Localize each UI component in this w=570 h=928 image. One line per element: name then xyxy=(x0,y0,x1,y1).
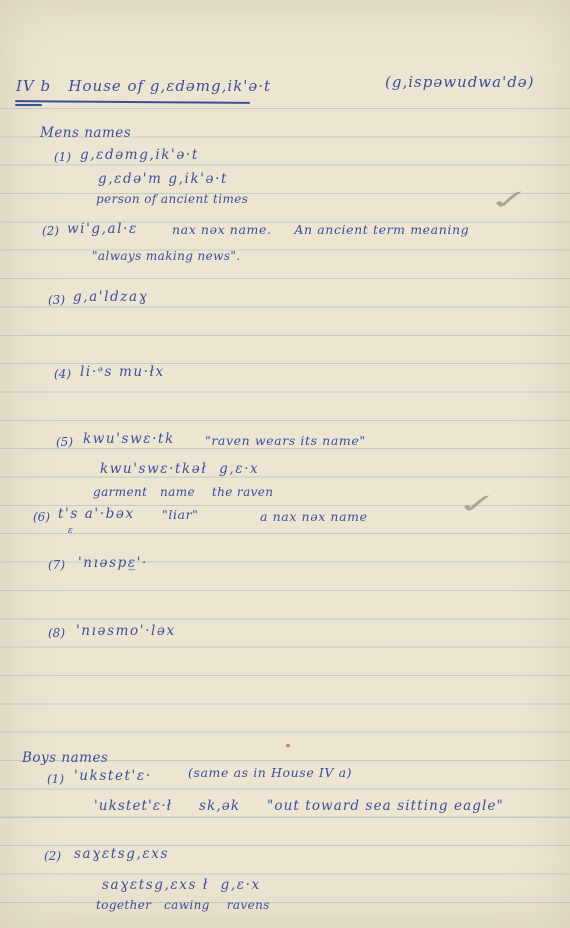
name-entry: 'nıəsmo'·ləx xyxy=(76,624,176,639)
name-entry: saɣɛtsg,ɛxs xyxy=(74,847,169,862)
page-title: IV b House of g,ɛdəmg,ik'ə·t xyxy=(16,78,271,95)
name-entry: kwu'swɛ·tk xyxy=(83,432,175,447)
name-entry: 'nıəspɛ̲'· xyxy=(78,556,148,571)
name-note: (same as in House IV a) xyxy=(188,766,352,780)
gloss-text: together cawing ravens xyxy=(96,899,270,912)
item-number: (1) xyxy=(47,773,64,786)
notebook-page: IV b House of g,ɛdəmg,ik'ə·t (g,ispəwudw… xyxy=(0,0,570,928)
name-entry-alt: g,ɛdə'm g,ik'ə·t xyxy=(98,172,228,187)
name-note: "raven wears its name" xyxy=(205,434,366,448)
gloss-text: garment name the raven xyxy=(93,486,273,499)
item-number: (4) xyxy=(54,368,71,381)
item-number: (1) xyxy=(54,151,71,164)
pencil-checkmark: ✓ xyxy=(487,184,532,216)
name-entry-alt: kwu'swɛ·tkəł g,ɛ·x xyxy=(100,462,259,477)
ink-speck xyxy=(286,744,290,747)
title-underline xyxy=(15,100,250,103)
name-entry: g,ɛdəmg,ik'ə·t xyxy=(80,148,199,163)
section-heading-mens: Mens names xyxy=(40,126,131,141)
name-entry: t's a'·bəx xyxy=(58,507,135,522)
page-title-annotation: (g,ispəwudwa'də) xyxy=(385,74,535,91)
gloss-text: "always making news". xyxy=(92,250,241,263)
subscript-mark: ɛ xyxy=(68,527,73,537)
section-heading-boys: Boys names xyxy=(22,751,108,766)
name-note: nax nəx name. An ancient term meaning xyxy=(172,223,469,237)
name-entry: g,a'ldzaɣ xyxy=(73,290,148,305)
item-number: (5) xyxy=(56,436,73,449)
item-number: (3) xyxy=(48,294,65,307)
item-number: (8) xyxy=(48,627,65,640)
item-number: (6) xyxy=(33,511,50,524)
name-entry: wi'g,al·ɛ xyxy=(67,222,138,237)
name-entry-alt: 'ukstet'ɛ·ł sk,ək "out toward sea sittin… xyxy=(94,799,504,814)
gloss-text: person of ancient times xyxy=(96,193,248,206)
item-number: (2) xyxy=(42,225,59,238)
name-entry-alt: saɣɛtsg,ɛxs ł g,ɛ·x xyxy=(102,878,261,893)
name-entry: li·ᵊs mu·łx xyxy=(80,365,165,380)
pencil-checkmark: ✓ xyxy=(455,488,500,520)
name-note-2: a nax nəx name xyxy=(260,510,368,524)
item-number: (2) xyxy=(44,850,61,863)
name-note: "liar" xyxy=(162,508,199,522)
roman-numeral-underline xyxy=(15,104,42,106)
name-entry: 'ukstet'ɛ· xyxy=(74,769,152,784)
item-number: (7) xyxy=(48,559,65,572)
